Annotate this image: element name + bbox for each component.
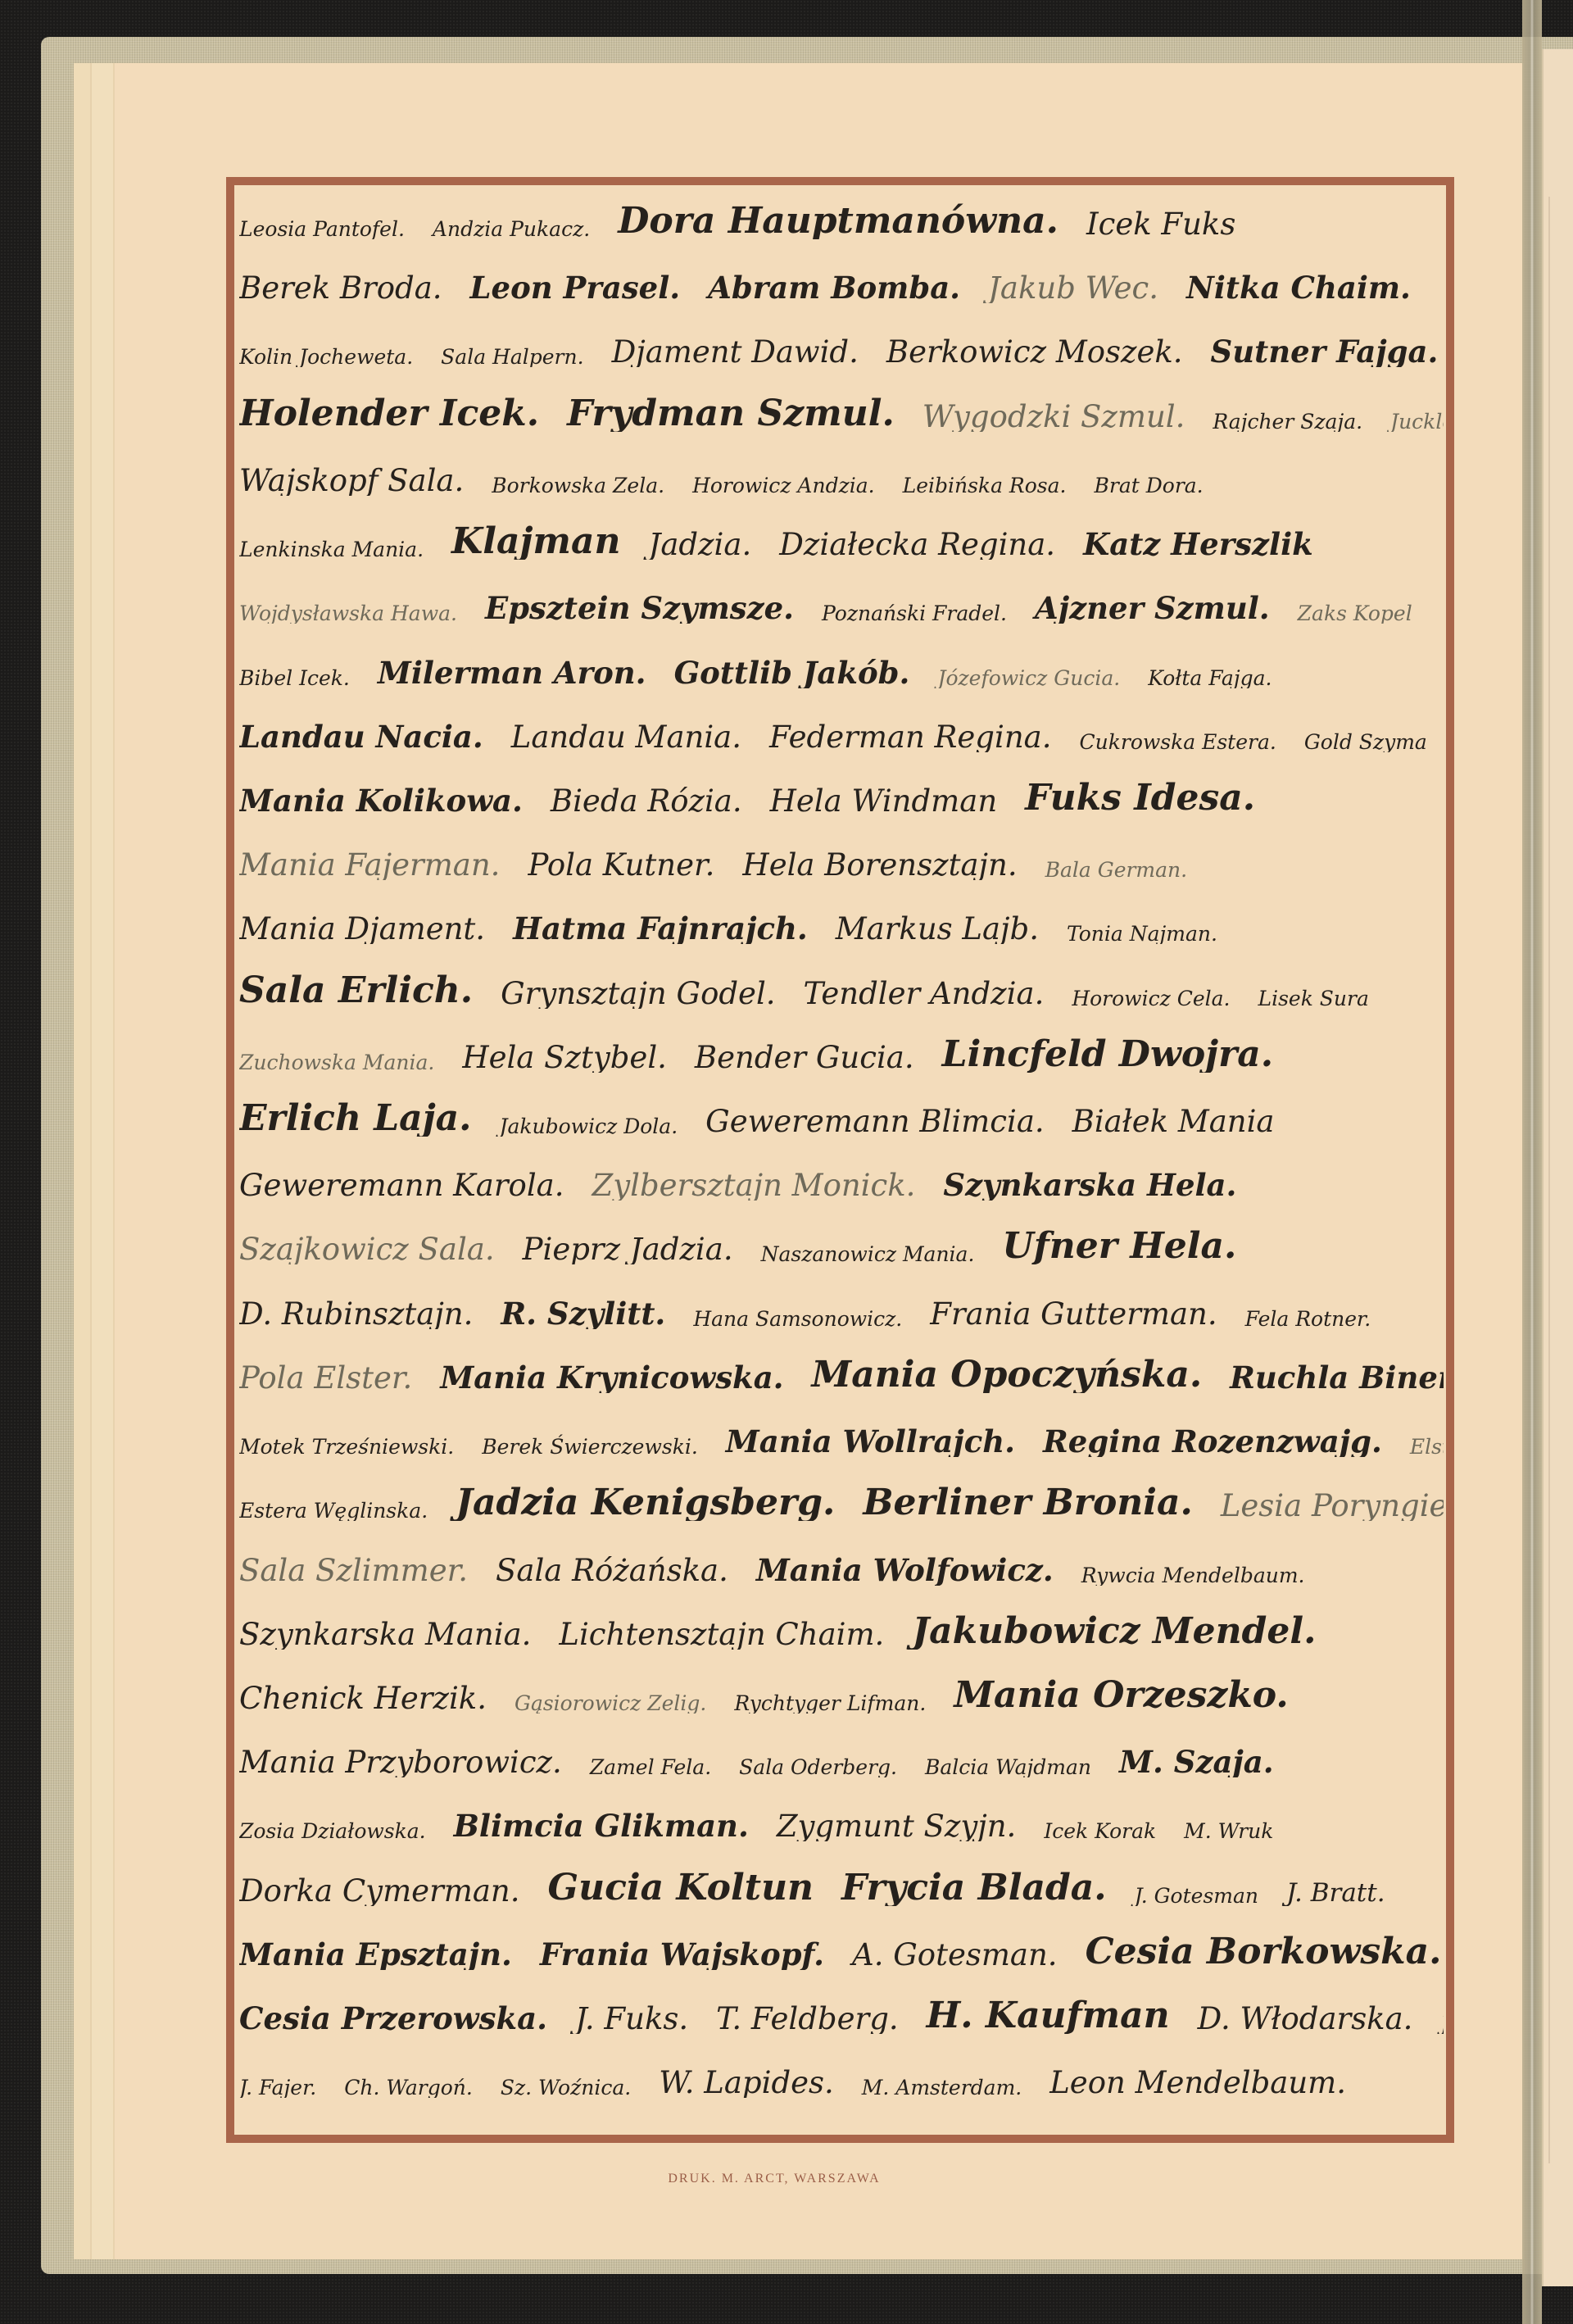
signature-name: Lesia Poryngier. [1221,1491,1444,1521]
signature-name: Naszanowicz Mania. [761,1244,975,1264]
signature-name: Lichtensztajn Chaim. [559,1619,884,1650]
signature-line: Lenkinska Mania.KlajmanJadzia.Działecka … [239,511,1444,560]
signature-name: Bala German. [1045,860,1188,880]
signature-name: J. Fajer. [239,2077,316,2098]
signature-name: Mania Wolfowicz. [756,1555,1054,1586]
signature-name: Cesia Borkowska. [1086,1934,1442,1970]
signature-line: Wajskopf Sala.Borkowska Zela.Horowicz An… [239,447,1444,496]
signature-name: Gąsiorowicz Zelig. [515,1693,706,1713]
signature-name: Abram Bomba. [708,273,960,303]
signature-name: Mania Djament. [239,914,485,944]
signature-line: Holender Icek.Frydman Szmul.Wygodzki Szm… [239,383,1444,432]
signature-name: Dora Hauptmanówna. [618,203,1058,239]
signature-name: Lenkinska Mania. [239,539,424,560]
signature-name: Hana Samsonowicz. [693,1309,902,1329]
signature-name: Jadzia Kenigsberg. [456,1485,835,1521]
signature-name: Berkowicz Moszek. [886,337,1183,367]
signature-name: Sala Halpern. [441,347,583,367]
signature-name: Mania Epsztajn. [239,1940,512,1970]
signature-name: Sala Erlich. [239,973,473,1009]
signature-name: T. Feldberg. [716,2004,899,2034]
signature-name: Mania Opoczyńska. [812,1357,1203,1393]
signature-name: Bibel Icek. [239,668,350,688]
signature-name: H. Kaufman [927,1998,1170,2034]
signature-line: Mania Fajerman.Pola Kutner.Hela Borenszt… [239,831,1444,880]
signature-name: Landau Nacia. [239,722,483,752]
signature-name: Holender Icek. [239,396,539,432]
signature-name: Gucia Koltun [548,1870,814,1906]
signature-name: Erlich Laja. [239,1101,471,1137]
signature-name: Gottlib Jakób. [674,658,910,688]
adjacent-page-frame [1548,197,1573,2163]
signature-name: M. Szaja. [1119,1747,1274,1777]
signature-name: Kołta Fajga. [1148,668,1272,688]
signature-name: Zosia Działowska. [239,1821,426,1841]
signature-name: Hatma Fajnrajch. [513,914,808,944]
signature-name: M. Wruk [1184,1821,1273,1841]
signature-name: Kolin Jocheweta. [239,347,413,367]
signature-name: Białek Mania [1072,1106,1275,1137]
signature-name: Szynkarska Mania. [239,1619,531,1650]
page-edge-stack [74,63,119,2259]
signature-name: J. Bratt. [1286,1881,1385,1906]
signature-name: Epsztein Szymsze. [485,593,794,624]
signature-name: Hela Borensztajn. [742,850,1017,880]
signature-name: Mania Fajerman. [239,850,500,880]
signature-name: Lisek Sura [1258,988,1368,1009]
signature-line: Geweremann Karola.Zylbersztajn Monick.Sz… [239,1151,1444,1201]
signature-name: Zygmunt Szyjn. [777,1811,1016,1841]
printer-imprint: DRUK. M. ARCT, WARSZAWA [0,2172,1561,2186]
signature-name: Zamel Fela. [590,1757,711,1777]
signature-name: Cesia Przerowska. [239,2004,547,2034]
signature-name: Mania Przyborowicz. [239,1747,562,1777]
signature-name: Mania Orzeszko. [954,1677,1288,1713]
signature-name: M. Amsterdam. [862,2077,1022,2098]
signature-name: Landau Mania. [511,722,741,752]
signature-name: D. Rubinsztajn. [239,1299,473,1329]
signature-name: Ajzner Szmul. [1035,593,1270,624]
signature-name: Sala Różańska. [496,1555,728,1586]
signature-name: Cukrowska Estera. [1079,732,1276,752]
signature-name: Zuchowska Mania. [239,1052,434,1073]
signature-name: Mania Wollrajch. [726,1427,1015,1457]
signature-line: Cesia Przerowska.J. Fuks.T. Feldberg.H. … [239,1985,1444,2034]
signature-line: Kolin Jocheweta.Sala Halpern.Djament Daw… [239,318,1444,367]
signature-name: Andzia Pukacz. [433,219,590,239]
signature-name: Motek Trześniewski. [239,1437,454,1457]
signature-name: Berek Świerczewski. [482,1437,698,1457]
signature-name: Brat Dora. [1095,475,1204,496]
signature-name: Szajkowicz Sala. [239,1234,495,1264]
signature-name: Federman Regina. [769,722,1051,752]
signature-line: Sala Szlimmer.Sala Różańska.Mania Wolfow… [239,1536,1444,1586]
signature-line: Pola Elster.Mania Krynicowska.Mania Opoc… [239,1344,1444,1393]
signature-name: Wygodzki Szmul. [922,402,1185,432]
signature-name: Berek Broda. [239,273,442,303]
signature-name: Juckler H. [1390,411,1444,432]
signature-name: Tendler Andzia. [804,978,1045,1009]
signature-name: Leon Mendelbaum. [1049,2068,1346,2098]
signature-name: Sutner Fajga. [1211,337,1439,367]
signature-line: Sala Erlich.Grynsztajn Godel.Tendler And… [239,960,1444,1009]
signature-name: Borkowska Zela. [492,475,664,496]
signature-name: Jadzia. [648,529,751,560]
signature-name: Markus Lajb. [836,914,1039,944]
signature-line: Erlich Laja.Jakubowicz Dola.Geweremann B… [239,1087,1444,1137]
signature-line: Zuchowska Mania.Hela Sztybel.Bender Guci… [239,1024,1444,1073]
signature-name: Zaks Kopel [1298,603,1412,624]
signature-name: J. Fuks. [575,2004,688,2034]
signature-name: Wajskopf Sala. [239,465,464,496]
signature-name: Pola Elster. [239,1363,412,1393]
signature-name: Leosia Pantofel. [239,219,405,239]
signature-line: Szynkarska Mania.Lichtensztajn Chaim.Jak… [239,1600,1444,1650]
signature-name: A. Gotesman. [852,1940,1058,1970]
signature-name: R. Szylitt. [501,1299,665,1329]
signature-name: Elster S. [1410,1437,1444,1457]
signature-name: Horowicz Cela. [1072,988,1230,1009]
signature-name: Icek Fuks [1086,209,1235,239]
signature-name: Rychtyger Lifman. [734,1693,926,1713]
signature-name: Jakubowicz Mendel. [912,1614,1316,1650]
signature-name: J. Hirsz [1440,2013,1444,2034]
signature-line: Szajkowicz Sala.Pieprz Jadzia.Naszanowic… [239,1215,1444,1264]
signature-name: Chenick Herzik. [239,1683,487,1713]
signature-line: Berek Broda.Leon Prasel.Abram Bomba.Jaku… [239,254,1444,303]
signature-list: Leosia Pantofel.Andzia Pukacz.Dora Haupt… [239,190,1444,2132]
signature-name: Ufner Hela. [1002,1228,1236,1264]
signature-name: Geweremann Karola. [239,1170,564,1201]
book-gutter [1522,0,1542,2324]
signature-name: Frania Gutterman. [930,1299,1217,1329]
signature-line: Mania Przyborowicz.Zamel Fela.Sala Oderb… [239,1728,1444,1777]
signature-name: Lincfeld Dwojra. [942,1037,1273,1073]
signature-line: Leosia Pantofel.Andzia Pukacz.Dora Haupt… [239,190,1444,239]
signature-name: Tonia Najman. [1067,924,1217,944]
signature-name: Gold Szyma [1304,732,1427,752]
signature-line: D. Rubinsztajn.R. Szylitt.Hana Samsonowi… [239,1280,1444,1329]
signature-line: Wojdysławska Hawa.Epsztein Szymsze.Pozna… [239,574,1444,624]
signature-name: Bender Gucia. [695,1042,914,1073]
signature-name: Blimcia Glikman. [454,1811,749,1841]
signature-name: Leibińska Rosa. [903,475,1067,496]
signature-name: Klajman [451,524,620,560]
signature-name: Poznański Fradel. [822,603,1007,624]
signature-line: Chenick Herzik.Gąsiorowicz Zelig.Rychtyg… [239,1664,1444,1713]
signature-name: Grynsztajn Godel. [501,978,775,1009]
signature-name: Geweremann Blimcia. [705,1106,1045,1137]
signature-name: Pola Kutner. [528,850,714,880]
signature-line: Mania Djament.Hatma Fajnrajch.Markus Laj… [239,895,1444,944]
signature-name: Józefowicz Gucia. [937,668,1120,688]
signature-name: Mania Kolikowa. [239,786,523,816]
signature-name: Rajcher Szaja. [1213,411,1362,432]
signature-name: Działecka Regina. [779,529,1055,560]
signature-line: Landau Nacia.Landau Mania.Federman Regin… [239,703,1444,752]
signature-name: Berliner Bronia. [863,1485,1193,1521]
signature-name: Pieprz Jadzia. [523,1234,733,1264]
signature-name: Hela Sztybel. [462,1042,667,1073]
signature-line: Motek Trześniewski.Berek Świerczewski.Ma… [239,1408,1444,1457]
signature-name: Djament Dawid. [612,337,859,367]
signature-name: Frydman Szmul. [567,396,895,432]
signature-line: Zosia Działowska.Blimcia Glikman.Zygmunt… [239,1792,1444,1841]
signature-name: Frania Wajskopf. [540,1940,824,1970]
signature-name: Milerman Aron. [378,658,646,688]
signature-name: Rywcia Mendelbaum. [1081,1565,1305,1586]
adjacent-page-edge [1542,49,1573,2286]
signature-name: Hela Windman [770,786,998,816]
signature-line: Estera Węglinska.Jadzia Kenigsberg.Berli… [239,1472,1444,1521]
signature-name: Bieda Rózia. [551,786,742,816]
signature-name: W. Lapides. [659,2068,834,2098]
signature-line: Mania Epsztajn.Frania Wajskopf.A. Gotesm… [239,1921,1444,1970]
signature-name: Icek Korak [1044,1821,1156,1841]
signature-name: Fela Rotner. [1245,1309,1371,1329]
signature-name: Szynkarska Hela. [943,1170,1236,1201]
signature-name: Fuks Idesa. [1025,780,1255,816]
signature-line: Bibel Icek.Milerman Aron.Gottlib Jakób.J… [239,639,1444,688]
signature-name: Zylbersztajn Monick. [592,1170,916,1201]
signature-name: Regina Rozenzwajg. [1043,1427,1382,1457]
signature-name: Sala Szlimmer. [239,1555,468,1586]
signature-name: Ruchla Binensztok. [1230,1363,1444,1393]
signature-name: Frycia Blada. [841,1870,1107,1906]
signature-name: Sz. Woźnica. [501,2077,631,2098]
signature-name: Ch. Wargoń. [344,2077,473,2098]
signature-name: Horowicz Andzia. [692,475,875,496]
signature-name: Mania Krynicowska. [440,1363,783,1393]
signature-line: J. Fajer.Ch. Wargoń.Sz. Woźnica.W. Lapid… [239,2049,1444,2098]
signature-name: Dorka Cymerman. [239,1876,520,1906]
signature-name: D. Włodarska. [1198,2004,1413,2034]
signature-name: Jakubowicz Dola. [499,1116,678,1137]
signature-name: Sala Oderberg. [739,1757,897,1777]
signature-name: Jakub Wec. [988,273,1158,303]
signature-line: Mania Kolikowa.Bieda Rózia.Hela WindmanF… [239,767,1444,816]
signature-name: J. Gotesman [1135,1886,1258,1906]
signature-name: Leon Prasel. [470,273,681,303]
signature-name: Estera Węglinska. [239,1500,428,1521]
signature-name: Wojdysławska Hawa. [239,603,457,624]
signature-name: Katz Herszlik [1083,529,1313,560]
signature-name: Balcia Wajdman [925,1757,1091,1777]
signature-name: Nitka Chaim. [1186,273,1411,303]
signature-line: Dorka Cymerman.Gucia KoltunFrycia Blada.… [239,1857,1444,1906]
